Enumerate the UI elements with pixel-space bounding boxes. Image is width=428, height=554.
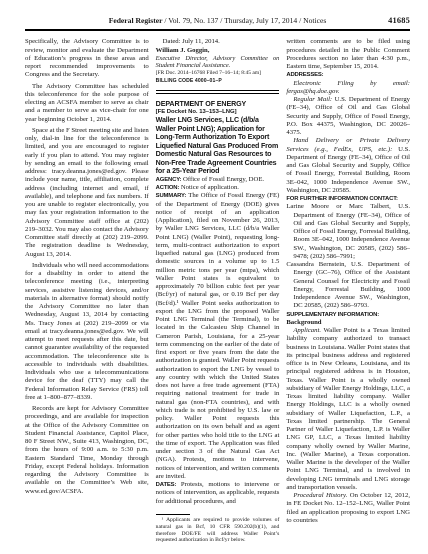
docket-number: [FE Docket No. 13–153–LNG] xyxy=(156,108,280,116)
column-right: written comments are to be filed using p… xyxy=(286,38,410,544)
dates-paragraph: DATES: Protests, motions to intervene or… xyxy=(156,481,280,506)
procedural-history-paragraph: Procedural History. On October 12, 2012,… xyxy=(286,492,410,525)
signer-name: William J. Goggin, xyxy=(156,47,280,55)
agency-text: Office of Fossil Energy, DOE. xyxy=(183,176,264,183)
paragraph: Specifically, the Advisory Committee is … xyxy=(25,38,149,79)
issue-info: / Vol. 79, No. 137 / Thursday, July 17, … xyxy=(162,16,326,25)
agency-label: AGENCY: xyxy=(156,177,182,183)
footnote: ¹ Applicants are required to provide vol… xyxy=(156,517,280,544)
action-label: ACTION: xyxy=(156,185,180,191)
summary-paragraph: SUMMARY: The Office of Fossil Energy (FE… xyxy=(156,192,280,481)
header-double-rule xyxy=(25,29,410,31)
federal-register-page: Federal Register / Vol. 79, No. 137 / Th… xyxy=(0,0,428,554)
department-heading: DEPARTMENT OF ENERGY xyxy=(156,100,280,108)
applicant-paragraph: Applicant. Waller Point is a Texas limit… xyxy=(286,327,410,492)
contact-paragraph: Larine Moore or Marc Talbert, U.S. Depar… xyxy=(286,203,410,261)
footnote-rule xyxy=(156,514,190,515)
three-column-body: Specifically, the Advisory Committee is … xyxy=(25,38,410,544)
agency-line: AGENCY: Office of Fossil Energy, DOE. xyxy=(156,176,280,184)
paragraph: Records are kept for Advisory Committee … xyxy=(25,405,149,496)
paragraph: The Advisory Committee has scheduled thi… xyxy=(25,83,149,124)
ffic-label: FOR FURTHER INFORMATION CONTACT: xyxy=(286,195,410,203)
applicant-text: Waller Point is a Texas limited liabilit… xyxy=(286,327,410,491)
page-header: Federal Register / Vol. 79, No. 137 / Th… xyxy=(25,16,410,27)
paragraph: Space at the F Street meeting site and l… xyxy=(25,127,149,259)
applicant-lead: Applicant. xyxy=(293,327,321,334)
address-regular-mail: Regular Mail: U.S. Department of Energy … xyxy=(286,96,410,137)
section-divider-rule xyxy=(156,90,280,93)
dated-line: Dated: July 11, 2014. xyxy=(156,38,280,46)
page-number: 41685 xyxy=(388,16,410,26)
action-line: ACTION: Notice of application. xyxy=(156,184,280,192)
addresses-label: ADDRESSES: xyxy=(286,71,410,79)
summary-text: The Office of Fossil Energy (FE) of the … xyxy=(156,192,280,480)
action-text: Notice of application. xyxy=(181,184,239,191)
summary-label: SUMMARY: xyxy=(156,193,187,199)
journal-title: Federal Register xyxy=(109,16,163,25)
address-hand-label: Hand Delivery or Private Delivery Servic… xyxy=(286,137,410,152)
address-electronic-value: fergas@hq.doe.gov. xyxy=(286,88,339,95)
history-lead: Procedural History. xyxy=(293,492,347,499)
footnote-text: ¹ Applicants are required to provide vol… xyxy=(156,517,280,544)
background-heading: Background xyxy=(286,319,410,327)
address-electronic-label: Electronic Filing by email: xyxy=(293,80,410,87)
dates-label: DATES: xyxy=(156,482,177,488)
column-center: Dated: July 11, 2014. William J. Goggin,… xyxy=(156,38,280,544)
continuation-paragraph: written comments are to be filed using p… xyxy=(286,38,410,71)
paragraph: Individuals who will need accommodations… xyxy=(25,262,149,402)
supplementary-label: SUPPLEMENTARY INFORMATION: xyxy=(286,311,410,319)
address-hand-delivery: Hand Delivery or Private Delivery Servic… xyxy=(286,137,410,195)
address-mail-label: Regular Mail: xyxy=(293,96,332,103)
column-left: Specifically, the Advisory Committee is … xyxy=(25,38,149,544)
signature-block: Dated: July 11, 2014. William J. Goggin,… xyxy=(156,38,280,85)
contact-paragraph: Cassandra Bernstein, U.S. Department of … xyxy=(286,261,410,311)
signer-title: Executive Director, Advisory Committee o… xyxy=(156,55,280,70)
address-electronic: Electronic Filing by email: fergas@hq.do… xyxy=(286,80,410,97)
notice-title: Waller LNG Services, LLC (d/b/a Waller P… xyxy=(156,116,280,176)
fr-doc-line: [FR Doc. 2014–16768 Filed 7–16–14; 8:45 … xyxy=(156,70,280,77)
billing-code: BILLING CODE 4000–01–P xyxy=(156,77,280,85)
